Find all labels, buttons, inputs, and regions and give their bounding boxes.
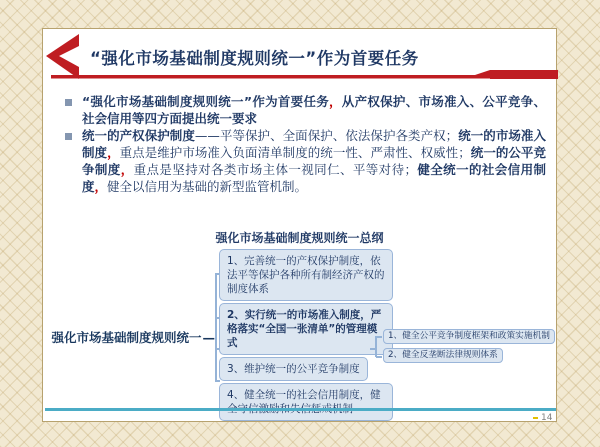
page-number-text: 14: [541, 413, 552, 423]
diagram-box-3: 3、维护统一的公平竞争制度: [219, 357, 368, 381]
diagram-box-2: 2、实行统一的市场准入制度，严格落实“全国一张清单”的管理模式: [219, 303, 393, 355]
bullet-square-icon: [65, 133, 72, 140]
diagram-root-label-text: 强化市场基础制度规则统一: [51, 328, 201, 346]
diagram-box-4: 4、健全统一的社会信用制度，健全守信激励和失信惩戒机制: [219, 383, 393, 421]
footer-tick-icon: [533, 417, 538, 419]
diagram-box-column: 1、完善统一的产权保护制度，依法平等保护各种所有制经济产权的制度体系 2、实行统…: [219, 249, 393, 421]
footer-divider-line: [45, 408, 556, 411]
diagram-root-label: 强化市场基础制度规则统一—: [49, 328, 215, 346]
tree-trunk-line: [215, 274, 217, 381]
bullet-item-2: 统一的产权保护制度——平等保护、全面保护、依法保护各类产权；统一的市场准入制度，…: [63, 127, 549, 195]
page-number: 14: [533, 413, 552, 423]
subtree-branch-line-2: [376, 356, 382, 358]
bullet-2-text: 统一的产权保护制度——平等保护、全面保护、依法保护各类产权；统一的市场准入制度，…: [82, 127, 546, 195]
page-title: “强化市场基础制度规则统一”作为首要任务: [90, 45, 550, 69]
diagram-box-1: 1、完善统一的产权保护制度，依法平等保护各种所有制经济产权的制度体系: [219, 249, 393, 301]
subtree-branch-line-1: [376, 336, 382, 338]
diagram-sub-box-2: 2、健全反垄断法律规则体系: [383, 348, 503, 363]
slide-page: { "title": { "text": "“强化市场基础制度规则统一”作为首要…: [0, 0, 600, 447]
bullet-item-1: “强化市场基础制度规则统一”作为首要任务，从产权保护、市场准入、公平竞争、社会信…: [63, 93, 549, 127]
slide-canvas: “强化市场基础制度规则统一”作为首要任务 “强化市场基础制度规则统一”作为首要任…: [42, 28, 557, 422]
body-text-block: “强化市场基础制度规则统一”作为首要任务，从产权保护、市场准入、公平竞争、社会信…: [63, 93, 549, 195]
bullet-square-icon: [65, 99, 72, 106]
diagram-title: 强化市场基础制度规则统一总纲: [43, 229, 556, 246]
bullet-1-text: “强化市场基础制度规则统一”作为首要任务，从产权保护、市场准入、公平竞争、社会信…: [82, 93, 546, 127]
subtree-trunk-line: [375, 336, 377, 357]
diagram-sub-box-1: 1、健全公平竞争制度框架和政策实施机制: [383, 329, 555, 344]
root-connector-dash: —: [203, 330, 216, 345]
